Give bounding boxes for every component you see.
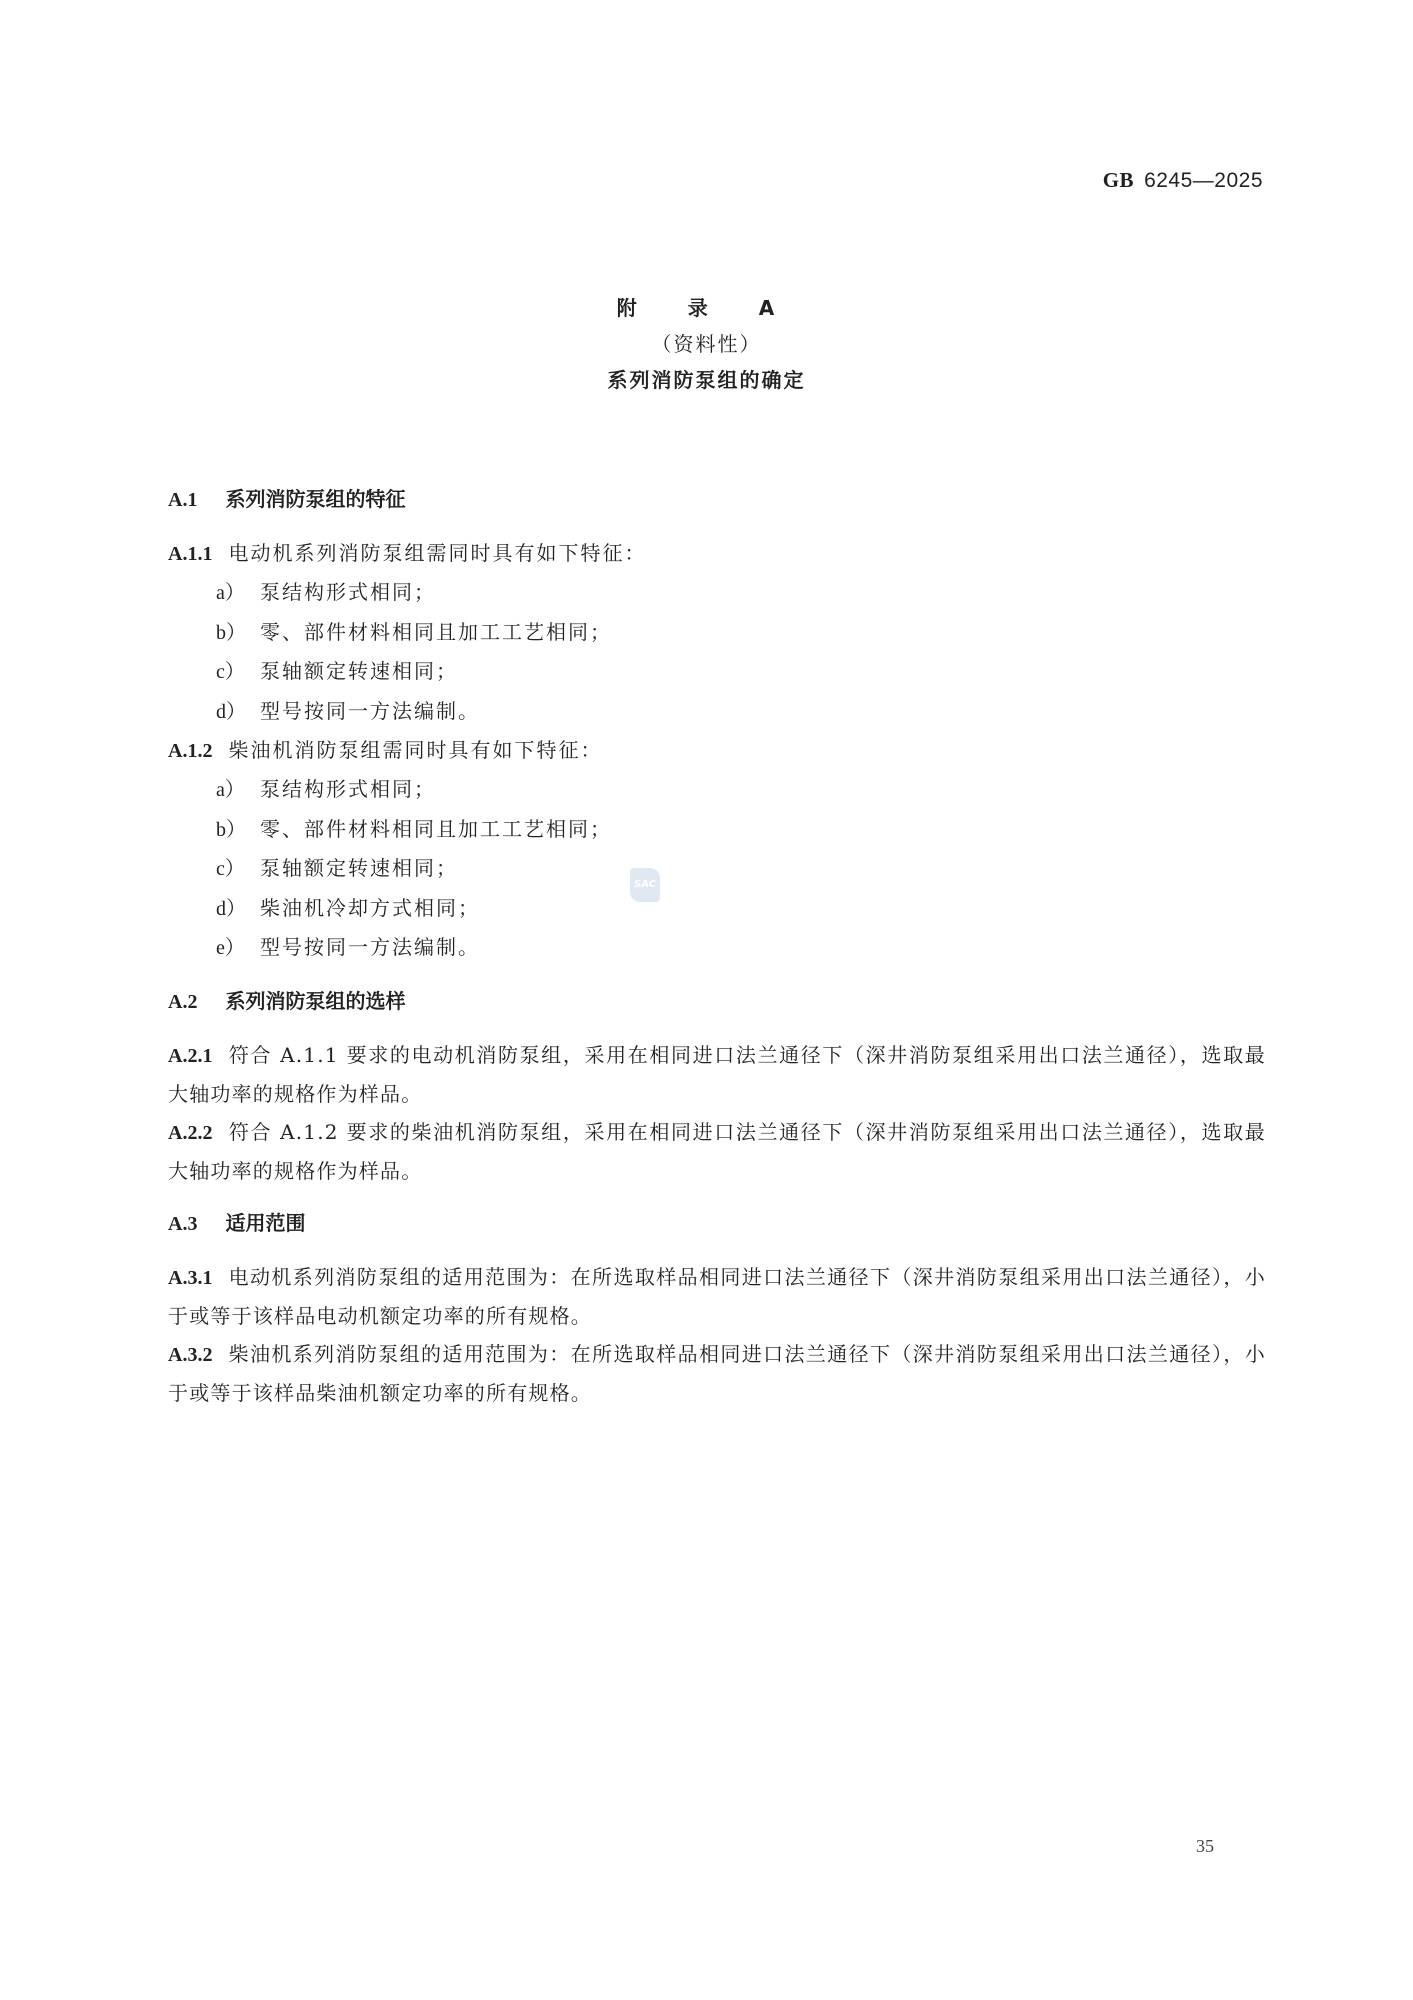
list-text: 型号按同一方法编制。 bbox=[260, 699, 480, 723]
list-item: d）型号按同一方法编制。 bbox=[168, 692, 1266, 732]
clause-text: 电动机系列消防泵组的适用范围为：在所选取样品相同进口法兰通径下（深井消防泵组采用… bbox=[168, 1265, 1266, 1328]
clause: A.3.2柴油机系列消防泵组的适用范围为：在所选取样品相同进口法兰通径下（深井消… bbox=[168, 1335, 1266, 1412]
list-item: a）泵结构形式相同； bbox=[168, 770, 1266, 810]
section-number: A.2 bbox=[168, 991, 197, 1013]
section-title: 系列消防泵组的特征 bbox=[225, 487, 405, 511]
list-item: c）泵轴额定转速相同； bbox=[168, 652, 1266, 692]
section-title: 系列消防泵组的选样 bbox=[225, 989, 405, 1013]
list-label: c） bbox=[216, 850, 260, 889]
list-label: d） bbox=[216, 890, 260, 929]
clause: A.2.1符合 A.1.1 要求的电动机消防泵组，采用在相同进口法兰通径下（深井… bbox=[168, 1036, 1266, 1113]
annex-title: 系列消防泵组的确定 bbox=[0, 362, 1413, 398]
list-label: c） bbox=[216, 653, 260, 692]
annex-nature: （资料性） bbox=[0, 326, 1413, 362]
clause-number: A.3.1 bbox=[168, 1267, 212, 1289]
clause-number: A.3.2 bbox=[168, 1344, 212, 1366]
list-label: b） bbox=[216, 811, 260, 850]
standard-number: 6245—2025 bbox=[1144, 169, 1263, 192]
list-text: 泵轴额定转速相同； bbox=[260, 856, 458, 880]
list-item: d）柴油机冷却方式相同； bbox=[168, 889, 1266, 929]
list-item: b）零、部件材料相同且加工工艺相同； bbox=[168, 810, 1266, 850]
clause-text: 柴油机消防泵组需同时具有如下特征： bbox=[228, 738, 602, 762]
list-text: 柴油机冷却方式相同； bbox=[260, 896, 480, 920]
section-heading: A.1系列消防泵组的特征 bbox=[168, 480, 1266, 518]
document-body: A.1系列消防泵组的特征 A.1.1电动机系列消防泵组需同时具有如下特征： a）… bbox=[168, 480, 1266, 1412]
list-text: 泵结构形式相同； bbox=[260, 777, 436, 801]
clause-text: 符合 A.1.2 要求的柴油机消防泵组，采用在相同进口法兰通径下（深井消防泵组采… bbox=[168, 1120, 1266, 1183]
section-number: A.3 bbox=[168, 1213, 197, 1235]
clause-text: 符合 A.1.1 要求的电动机消防泵组，采用在相同进口法兰通径下（深井消防泵组采… bbox=[168, 1043, 1266, 1106]
sac-watermark-logo: SAC bbox=[630, 868, 660, 902]
list-label: e） bbox=[216, 929, 260, 968]
clause: A.3.1电动机系列消防泵组的适用范围为：在所选取样品相同进口法兰通径下（深井消… bbox=[168, 1258, 1266, 1335]
list-item: b）零、部件材料相同且加工工艺相同； bbox=[168, 613, 1266, 653]
page-number: 35 bbox=[1196, 1836, 1214, 1857]
clause-number: A.2.1 bbox=[168, 1045, 212, 1067]
list-label: d） bbox=[216, 693, 260, 732]
section-heading: A.2系列消防泵组的选样 bbox=[168, 982, 1266, 1020]
list-text: 型号按同一方法编制。 bbox=[260, 935, 480, 959]
section-title: 适用范围 bbox=[225, 1211, 305, 1235]
clause: A.2.2符合 A.1.2 要求的柴油机消防泵组，采用在相同进口法兰通径下（深井… bbox=[168, 1113, 1266, 1190]
clause-text: 电动机系列消防泵组需同时具有如下特征： bbox=[228, 541, 646, 565]
list-label: b） bbox=[216, 614, 260, 653]
list-text: 泵轴额定转速相同； bbox=[260, 659, 458, 683]
section-number: A.1 bbox=[168, 489, 197, 511]
clause-number: A.1.1 bbox=[168, 543, 212, 565]
list-text: 泵结构形式相同； bbox=[260, 580, 436, 604]
clause: A.1.1电动机系列消防泵组需同时具有如下特征： bbox=[168, 534, 1266, 573]
list-text: 零、部件材料相同且加工工艺相同； bbox=[260, 620, 612, 644]
list-label: a） bbox=[216, 574, 260, 613]
list-item: a）泵结构形式相同； bbox=[168, 573, 1266, 613]
clause-number: A.2.2 bbox=[168, 1122, 212, 1144]
annex-label: 附 录 A bbox=[0, 290, 1413, 326]
clause-text: 柴油机系列消防泵组的适用范围为：在所选取样品相同进口法兰通径下（深井消防泵组采用… bbox=[168, 1342, 1266, 1405]
list-item: c）泵轴额定转速相同； bbox=[168, 849, 1266, 889]
section-heading: A.3适用范围 bbox=[168, 1204, 1266, 1242]
standard-prefix: GB bbox=[1103, 168, 1134, 192]
clause-number: A.1.2 bbox=[168, 740, 212, 762]
clause: A.1.2柴油机消防泵组需同时具有如下特征： bbox=[168, 731, 1266, 770]
annex-title-block: 附 录 A （资料性） 系列消防泵组的确定 bbox=[0, 290, 1413, 398]
list-label: a） bbox=[216, 771, 260, 810]
list-text: 零、部件材料相同且加工工艺相同； bbox=[260, 817, 612, 841]
list-item: e）型号按同一方法编制。 bbox=[168, 928, 1266, 968]
standard-header: GB6245—2025 bbox=[1103, 168, 1263, 193]
